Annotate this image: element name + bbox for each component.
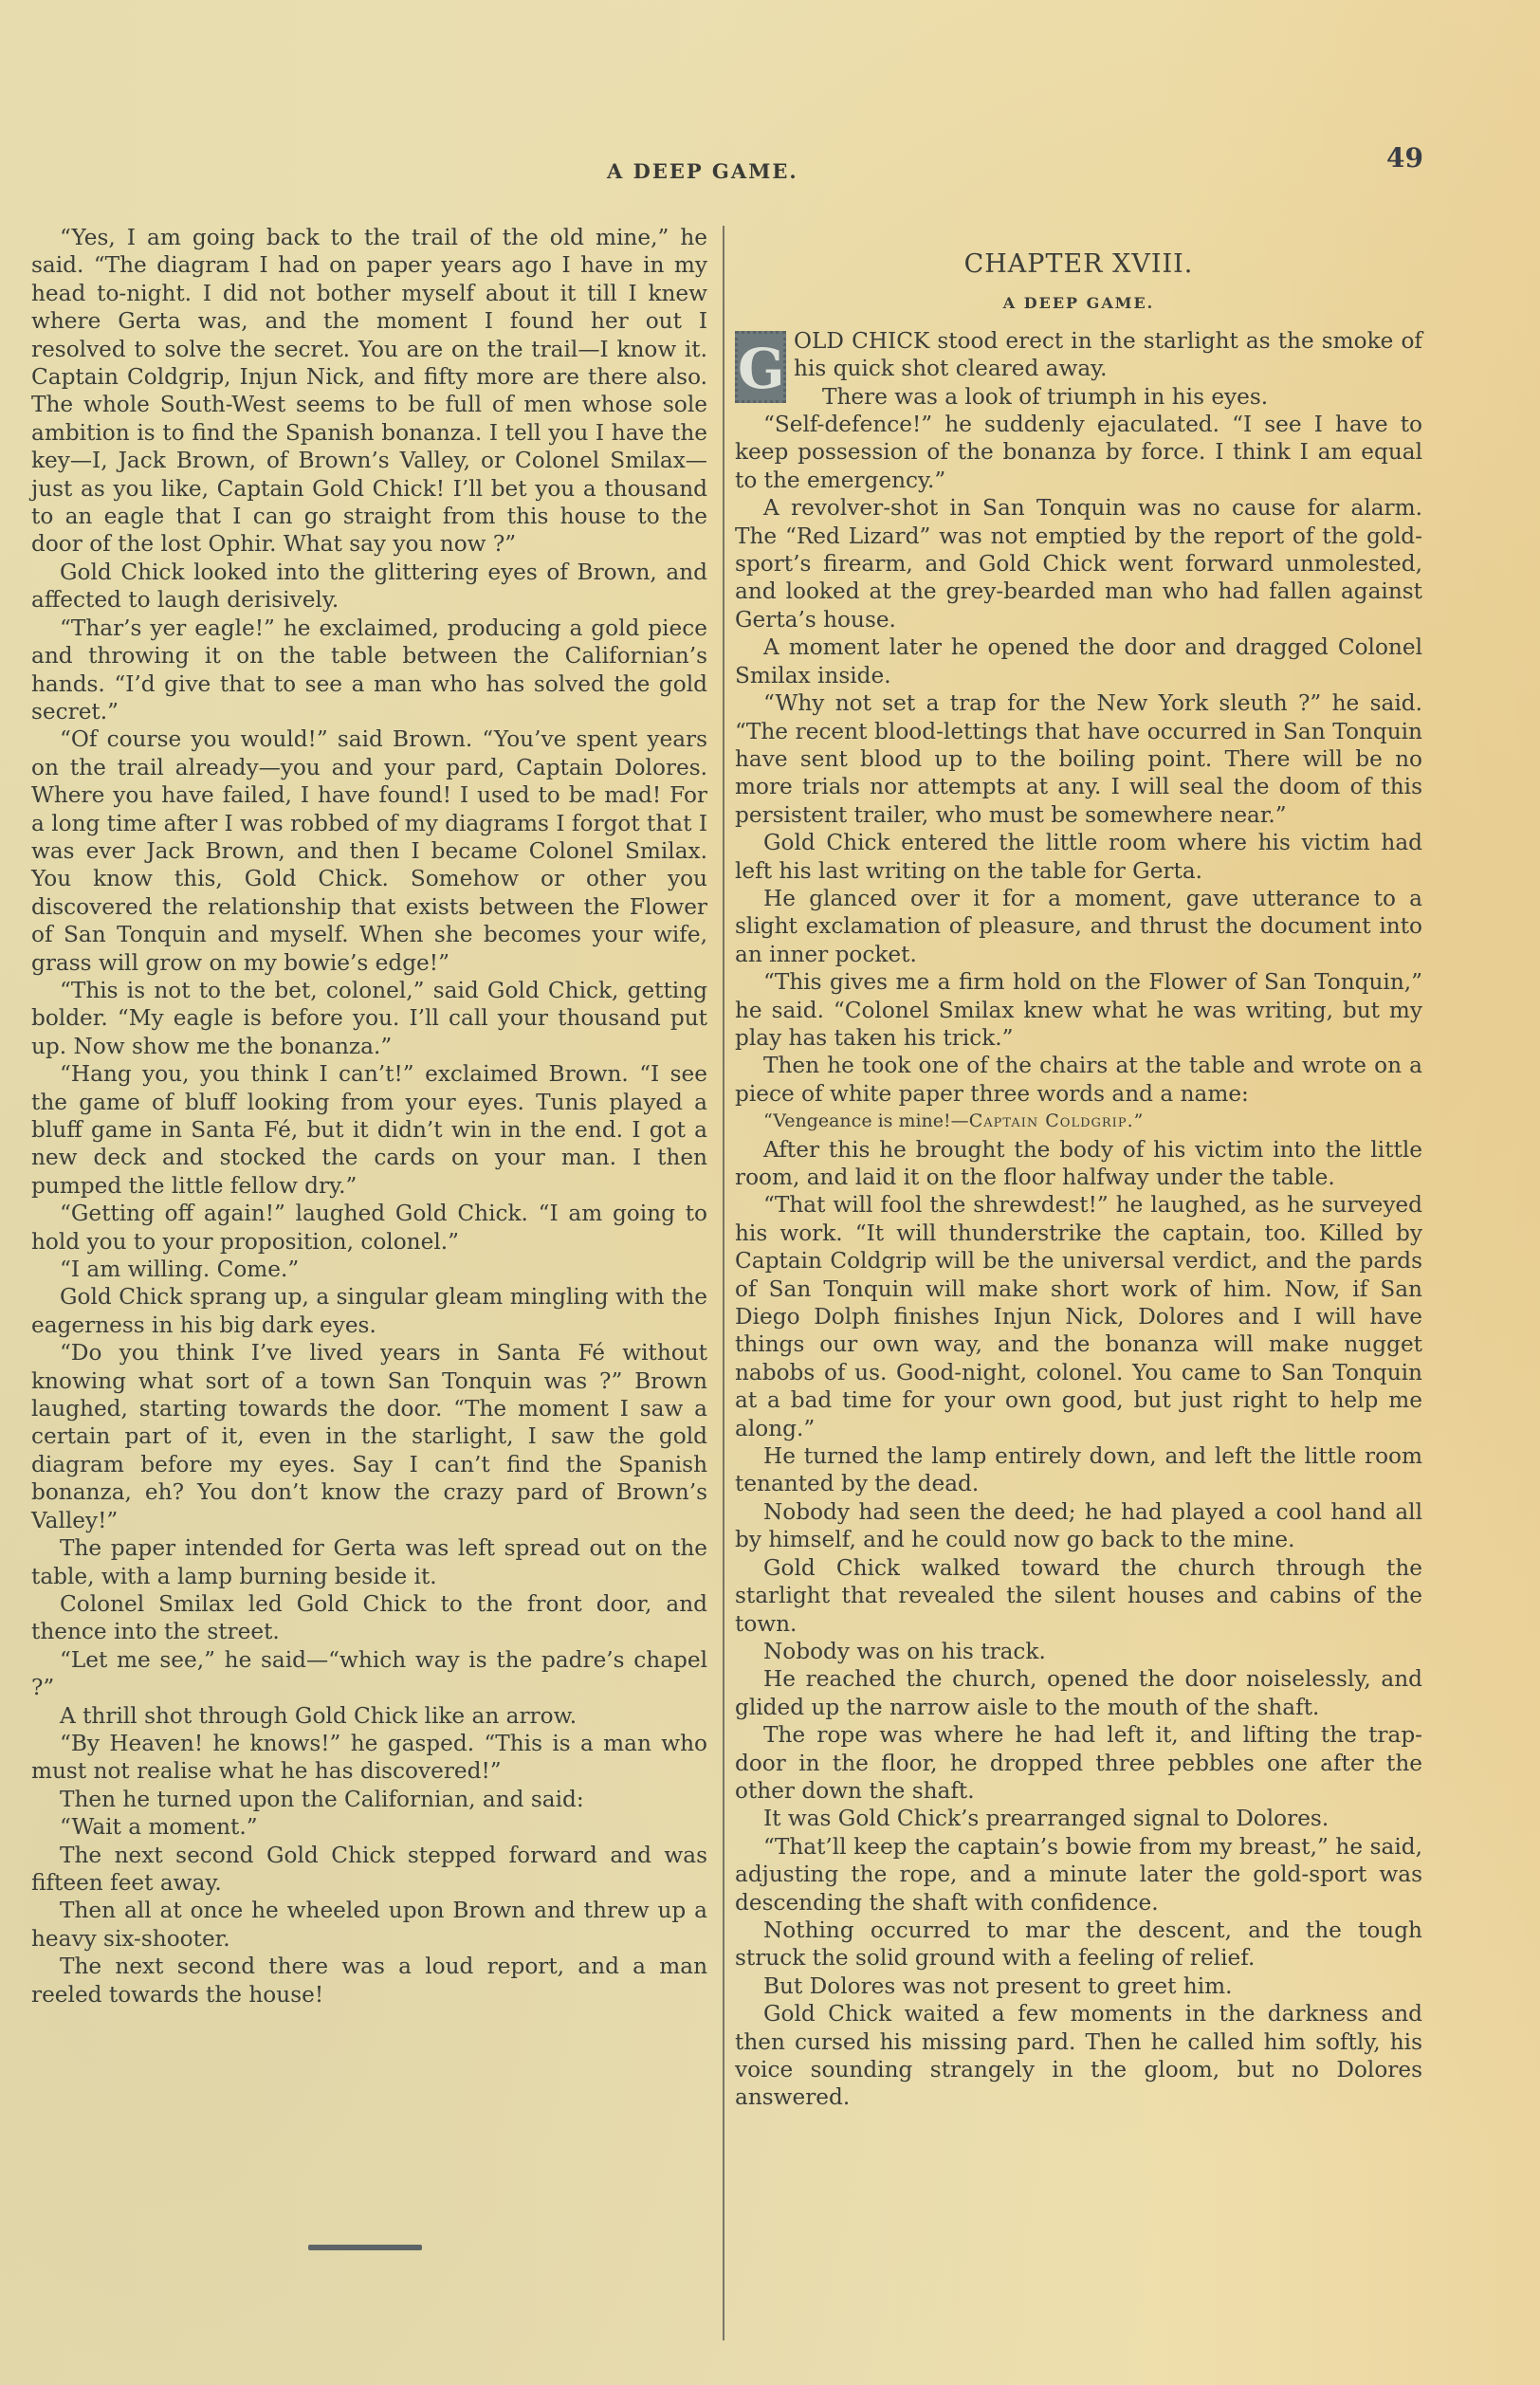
- paragraph: He turned the lamp entirely down, and le…: [735, 1442, 1422, 1498]
- section-end-rule: [308, 2245, 422, 2250]
- paragraph: Nothing occurred to mar the descent, and…: [735, 1917, 1422, 1972]
- paragraph: “Let me see,” he said—“which way is the …: [31, 1646, 707, 1702]
- paragraph: “Why not set a trap for the New York sle…: [735, 689, 1422, 829]
- paragraph: But Dolores was not present to greet him…: [735, 1972, 1422, 2000]
- note-quote: “Vengeance is mine!—Captain Coldgrip.”: [735, 1108, 1422, 1135]
- paragraph: “Thar’s yer eagle!” he exclaimed, produc…: [31, 615, 707, 726]
- paragraph: “Wait a moment.”: [31, 1813, 707, 1841]
- quote-signature: Captain Coldgrip.”: [969, 1110, 1145, 1131]
- paragraph: A thrill shot through Gold Chick like an…: [31, 1702, 707, 1730]
- column-divider: [723, 226, 724, 2340]
- paragraph: “Yes, I am going back to the trail of th…: [31, 224, 707, 559]
- right-column: CHAPTER XVIII. A DEEP GAME. G OLD CHICK …: [735, 239, 1422, 2112]
- opening-paragraph: OLD CHICK stood erect in the starlight a…: [735, 327, 1422, 383]
- paragraph: He glanced over it for a moment, gave ut…: [735, 885, 1422, 968]
- running-head: A DEEP GAME.: [607, 159, 798, 183]
- paragraph: “Do you think I’ve lived years in Santa …: [31, 1339, 707, 1534]
- paragraph: After this he brought the body of his vi…: [735, 1136, 1422, 1192]
- paragraph: “I am willing. Come.”: [31, 1256, 707, 1283]
- paragraph: The next second there was a loud report,…: [31, 1953, 707, 2009]
- paragraph: The rope was where he had left it, and l…: [735, 1721, 1422, 1805]
- paragraph: Gold Chick walked toward the church thro…: [735, 1554, 1422, 1638]
- paragraph: Then he turned upon the Californian, and…: [31, 1786, 707, 1813]
- chapter-subtitle: A DEEP GAME.: [735, 289, 1422, 317]
- paragraph: There was a look of triumph in his eyes.: [735, 383, 1422, 411]
- paragraph: Gold Chick entered the little room where…: [735, 829, 1422, 885]
- page-number: 49: [1386, 142, 1423, 174]
- paragraph: Gold Chick looked into the glittering ey…: [31, 559, 707, 615]
- paragraph: “Hang you, you think I can’t!” exclaimed…: [31, 1060, 707, 1200]
- paragraph: “Getting off again!” laughed Gold Chick.…: [31, 1200, 707, 1256]
- paragraph: It was Gold Chick’s prearranged signal t…: [735, 1805, 1422, 1832]
- paragraph: “That’ll keep the captain’s bowie from m…: [735, 1833, 1422, 1917]
- paragraph: “By Heaven! he knows!” he gasped. “This …: [31, 1730, 707, 1786]
- paragraph: “That will fool the shrewdest!” he laugh…: [735, 1191, 1422, 1442]
- paragraph: Colonel Smilax led Gold Chick to the fro…: [31, 1590, 707, 1646]
- paragraph: “Of course you would!” said Brown. “You’…: [31, 725, 707, 977]
- paragraph: Then he took one of the chairs at the ta…: [735, 1052, 1422, 1108]
- paragraph: The paper intended for Gerta was left sp…: [31, 1534, 707, 1590]
- paragraph: Nobody was on his track.: [735, 1638, 1422, 1665]
- quote-text: “Vengeance is mine!—: [763, 1110, 969, 1131]
- opening-block: G OLD CHICK stood erect in the starlight…: [735, 327, 1422, 411]
- book-page: A DEEP GAME. 49 “Yes, I am going back to…: [0, 0, 1540, 2385]
- paragraph: A moment later he opened the door and dr…: [735, 633, 1422, 689]
- paragraph: “This is not to the bet, colonel,” said …: [31, 977, 707, 1060]
- drop-cap-ornament-icon: G: [735, 331, 786, 403]
- paragraph: The next second Gold Chick stepped forwa…: [31, 1842, 707, 1898]
- paragraph: Nobody had seen the deed; he had played …: [735, 1498, 1422, 1554]
- paragraph: A revolver-shot in San Tonquin was no ca…: [735, 494, 1422, 633]
- paragraph: Gold Chick sprang up, a singular gleam m…: [31, 1283, 707, 1339]
- paragraph: “Self-defence!” he suddenly ejaculated. …: [735, 411, 1422, 494]
- paragraph: Gold Chick waited a few moments in the d…: [735, 2000, 1422, 2112]
- paragraph: He reached the church, opened the door n…: [735, 1665, 1422, 1721]
- chapter-title: CHAPTER XVIII.: [735, 250, 1422, 278]
- paragraph: “This gives me a firm hold on the Flower…: [735, 968, 1422, 1052]
- left-column: “Yes, I am going back to the trail of th…: [31, 224, 707, 2009]
- paragraph: Then all at once he wheeled upon Brown a…: [31, 1897, 707, 1953]
